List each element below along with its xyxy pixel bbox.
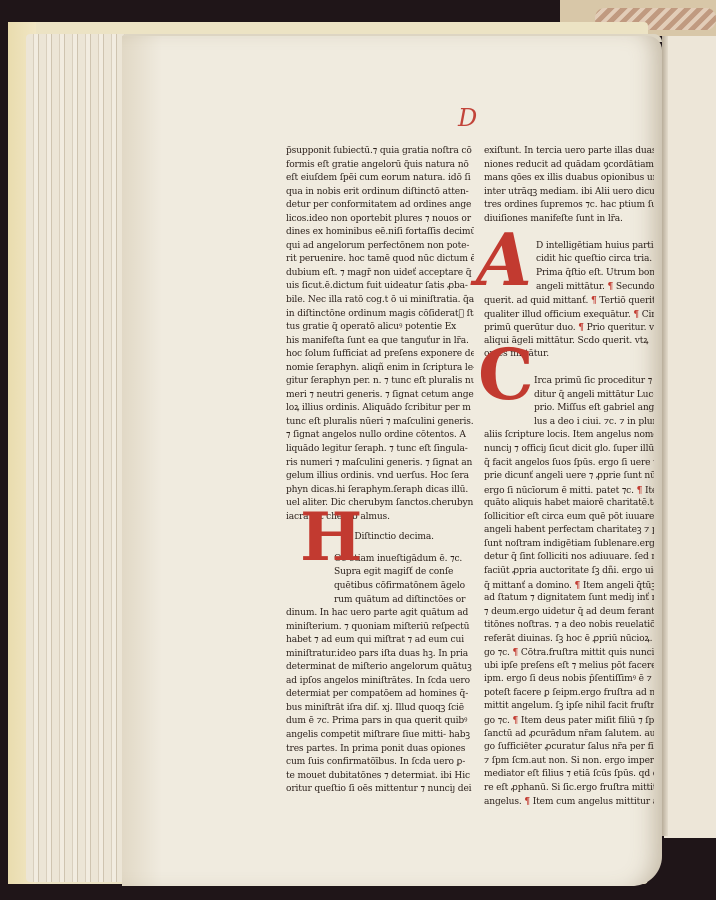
text-line: uis ſicut.ē.dictum fuit uideatur ſatis ꝓ… [286,280,474,294]
text-line: exiſtunt. In tercia uero parte illas dua… [484,145,654,159]
text-line: gitur ſeraphyn per. n. ⁊ tunc eſt plural… [286,375,474,389]
text-line: ⁊ ſpm ſcm.aut non. Si non. ergo imperfec… [484,755,654,769]
text-line: angelis competit miſtrare ſiue mitti- ha… [286,729,474,743]
text-line: niones reducit ad quādam ꝯcordātiam for [484,159,654,173]
text-line: detur per conformitatem ad ordines ange [286,199,474,213]
text-line: q̄ facit angelos ſuos ſpūs. ergo ſi uere… [484,457,654,471]
text-line: meri ⁊ neutri generis. ⁊ ſignat cetum an… [286,389,474,403]
text-line: oritur queſtio ſi oēs mittentur ⁊ nunciȷ… [286,783,474,797]
text-line: phyn dicas.hi ſeraphym.ſeraph dicas illū… [286,484,474,498]
page-shadow [122,36,162,886]
text-line: angelus. ¶ Item cum angelus mittitur ad [484,795,654,809]
signature-mark: D [458,104,477,132]
text-line: determinat de miſterio angelorum quātuꝫ [286,661,474,675]
text-line: ergo ſi nūcīorum ē mitti. patet ⁊c. ¶ It… [484,484,654,498]
text-line: dum ē ⁊c. Prima pars in qua querit quibꝰ [286,715,474,729]
text-line: licos.ideo non oportebit plures ⁊ nouos … [286,213,474,227]
text-line: bile. Nec illa ratō cog.t ō ui miniſtrat… [286,294,474,308]
text-line: faciūt ꝓpria auctoritate ſꝫ dñi. ergo ui… [484,565,654,579]
text-line: qualiter illud officium exequātur. ¶ Cir… [484,308,654,322]
text-line: dines ex hominibus eē.niſi fortaſſis dec… [286,226,474,240]
text-line: quētibus cōfirmatōnem āgelo [286,580,474,594]
text-line: dinum. In hac uero parte agit quātum ad [286,607,474,621]
text-line: nunciȷ ⁊ officiȷ ſicut dicit glo. ſuper … [484,443,654,457]
text-line: tres ordines ſupremos ⁊c. hac ptium ſub- [484,199,654,213]
text-line: tus gratie q̃ operatō alicuꝰ potentie Ex [286,321,474,335]
text-line: rum quātum ad diſtinctōes or [286,594,474,608]
text-line: liquādo legitur ſeraph. ⁊ tunc eſt ſingu… [286,443,474,457]
text-line: detur q̄ ſint ſolliciti nos adiuuare. ſe… [484,551,654,565]
text-line: cum ſuis confirmatōībus. In ſcda uero ꝑ- [286,756,474,770]
text-line: his manifeſta ſunt ea que tanguťur in lr… [286,335,474,349]
initial-letter-h: H [300,504,362,570]
text-line: go ⁊c. ¶ Cōtra.fruſtra mittit quis nunci… [484,646,654,660]
text-line: poteſt facere ꝑ ſeipm.ergo fruſtra ad no… [484,687,654,701]
text-line: inter utrāqꝫ mediam. ibi Alii uero dicun… [484,186,654,200]
initial-letter-c: C [478,340,534,410]
text-line: dubium eſt. ⁊ magr̄ non uideť acceptare … [286,267,474,281]
text-line: go ⁊c. ¶ Item deus pater miſit filiū ⁊ ſ… [484,714,654,728]
text-line: ſanctū ad ꝓcurādum nr̃am ſalutem. aut er [484,728,654,742]
text-line: hoc ſolum ſufficiat ad preſens exponere … [286,348,474,362]
left-text-column: p̃supponit ſubiectū.⁊ quia gratia noſtra… [286,145,474,797]
text-line: titōnes noſtras. ⁊ a deo nobis reuelatiō… [484,619,654,633]
text-line: mittit angelum. ſꝫ ipſe nihil facit fruſ… [484,700,654,714]
text-line: gelum illius ordinis. vnd̄ uerſus. Hoc ſ… [286,470,474,484]
text-line: qua in nobis erit ordinum diſtinctō atte… [286,186,474,200]
gutter-shadow [662,36,668,836]
text-line: mans qōes ex illis duabus opionibus unā [484,172,654,186]
text-line: in diſtinctōne ordinum magis cōſideratᷣ … [286,308,474,322]
text-line: ubi ipſe preſens eſt ⁊ melius pōt facere… [484,660,654,674]
text-line: habet ⁊ ad eum qui miſtrat ⁊ ad eum cui [286,634,474,648]
text-line: quāto aliquis habet maiorē charitatē.tāt… [484,497,654,511]
text-line: miniſtratur.ideo pars iſta duas hꝫ. In p… [286,648,474,662]
text-line: determiat per compatōem ad homines q̄- [286,688,474,702]
text-line: aliis ſcripture locis. Item angelus nomē… [484,429,654,443]
text-line: ſunt noſtram indigētiam ſublenare.ergo u… [484,538,654,552]
text-line: go ſufficiēter ꝓcuratur ſalus nr̃a per f… [484,741,654,755]
text-line: te mouet dubitatōnes ⁊ determiat. ibi Hi… [286,770,474,784]
text-line: re eſt ꝓphanū. Si ſic.ergo fruſtra mitti… [484,782,654,796]
text-line: mediator eſt filius ⁊ etiā ſcūs ſpūs. qd… [484,768,654,782]
text-line: loꝝ illius ordinis. Aliquādo ſcribitur p… [286,402,474,416]
text-line: tres partes. In prima ponit duas opiones [286,743,474,757]
text-line: ad ſtatum ⁊ dignitatem ſunt mediȷ inť no… [484,592,654,606]
text-line: referāt diuinas. ſꝫ hoc ē ꝓpriū nūcioꝝ. … [484,633,654,647]
text-line: eſt eiuſdem ſpēi cum eorum natura. idō ſ… [286,172,474,186]
page-fore-edges [26,34,136,882]
text-line: ad ipſos angelos miniſtrātes. In ſcda ue… [286,675,474,689]
text-line: ris numeri ⁊ maſculini generis. ⁊ ſignat… [286,457,474,471]
text-line: ⁊ ſignat angelos nullo ordine cōtentos. … [286,429,474,443]
text-line: tunc eſt pluralis nūeri ⁊ maſculini gene… [286,416,474,430]
text-line: nomie ſeraphyn. aliqñ enim in ſcriptura … [286,362,474,376]
text-line: bus miniſtrāt iſra diſ. xj. Illud quoqꝫ … [286,702,474,716]
text-line: p̃supponit ſubiectū.⁊ quia gratia noſtra… [286,145,474,159]
text-line: lus a deo i ciui. ⁊c. ⁊ in plurībꝰ [484,416,654,430]
text-line: ipm. ergo ſi deus nobis p̄ſentiſſimꝰ ē ⁊… [484,673,654,687]
text-line: qui ad angelorum perfectōnem non pote- [286,240,474,254]
initial-letter-a: A [476,224,532,296]
text-line: prie dicunť angeli uere ⁊ ꝓprie ſunt nūc… [484,470,654,484]
text-line: q̄ mittanť a domino. ¶ Item angeli q̄tūꝫ [484,579,654,593]
text-line: ſollicitior eſt circa eum quē pōt iuuare… [484,511,654,525]
text-line: angeli habent perfectam charitateꝫ ⁊ poſ… [484,524,654,538]
text-line: rit peruenire. hoc tamē quod nūc dictum … [286,253,474,267]
text-line: ⁊ deum.ergo uidetur q̄ ad deum ferant pe [484,606,654,620]
text-line: miniſterium. ⁊ quoniam miſteriū reſpectū [286,621,474,635]
text-line: formis eſt gratie angelorū q̃uis natura … [286,159,474,173]
facing-page-edge [664,36,716,838]
